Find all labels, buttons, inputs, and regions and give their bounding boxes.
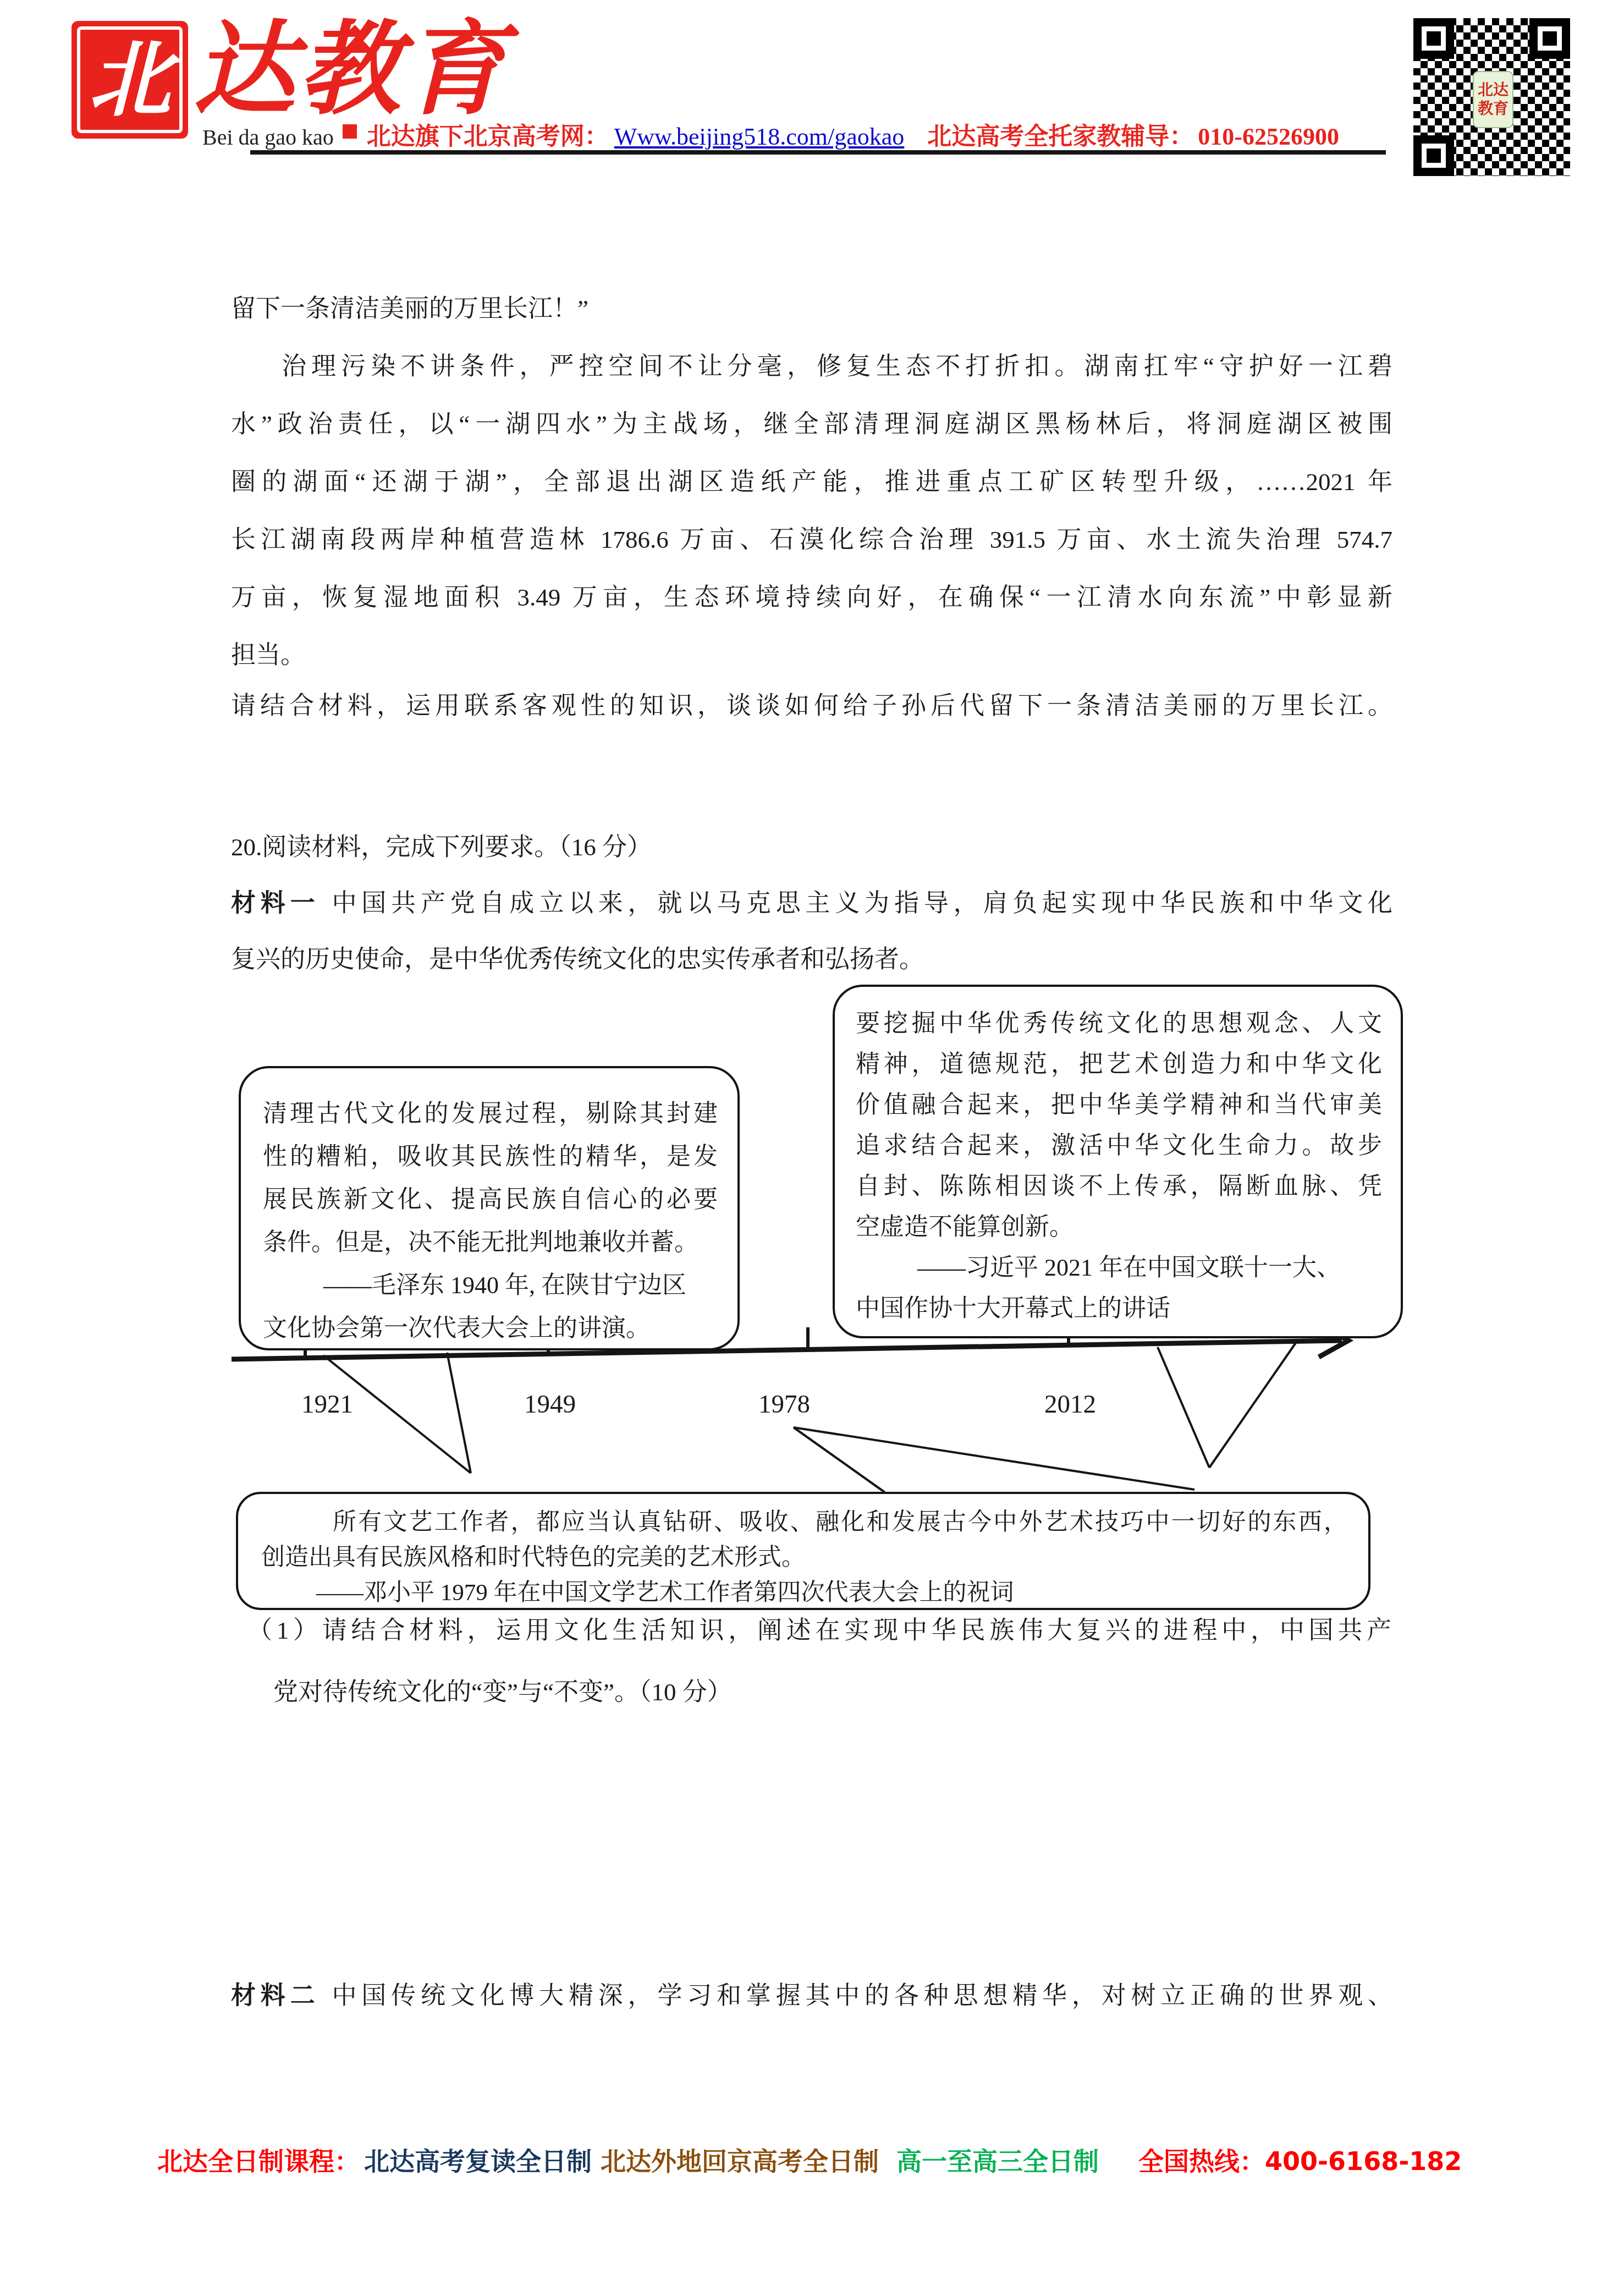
document-page: 北 达教育 Bei da gao kao 北达旗下北京高考网： Www.beij… bbox=[0, 0, 1624, 2274]
year-label-1978: 1978 bbox=[729, 1389, 839, 1419]
material1-text: 中国共产党自成立以来，就以马克思主义为指导，肩负起实现中华民族和中华文化 bbox=[332, 889, 1392, 917]
deng-quote-line: 所有文艺工作者，都应当认真钻研、吸收、融化和发展古今中外艺术技巧中一切好的东西， bbox=[261, 1505, 1347, 1540]
body-line-1: 留下一条清洁美丽的万里长江！” bbox=[231, 293, 1392, 324]
xi-callout-tail bbox=[1158, 1347, 1209, 1468]
material1-line-2: 复兴的历史使命，是中华优秀传统文化的忠实传承者和弘扬者。 bbox=[231, 944, 1392, 975]
qr-label-line: 北达 bbox=[1478, 81, 1509, 100]
xi-quote-line: 追求结合起来，激活中华文化生命力。故步 bbox=[856, 1125, 1382, 1166]
year-label-1949: 1949 bbox=[495, 1389, 605, 1419]
body-line-3: 水”政治责任，以“一湖四水”为主战场，继全部清理洞庭湖区黑杨林后，将洞庭湖区被围 bbox=[231, 409, 1392, 440]
qr-finder-icon bbox=[1529, 18, 1570, 59]
tagline-latin: Bei da gao kao bbox=[202, 124, 334, 150]
footer-item-fudu: 北达高考复读全日制 bbox=[364, 2141, 592, 2178]
year-label-2012: 2012 bbox=[1015, 1389, 1125, 1419]
qr-code: 北达 教育 bbox=[1413, 18, 1570, 176]
header-tagline: Bei da gao kao 北达旗下北京高考网： Www.beijing518… bbox=[202, 117, 1339, 146]
brand-calligraphy: 达教育 bbox=[194, 10, 502, 128]
deng-quote-box: 所有文艺工作者，都应当认真钻研、吸收、融化和发展古今中外艺术技巧中一切好的东西，… bbox=[236, 1492, 1370, 1610]
deng-quote-line: 创造出具有民族风格和时代特色的完美的艺术形式。 bbox=[261, 1540, 1347, 1575]
body-line-5: 长江湖南段两岸种植营造林 1786.6 万亩、石漠化综合治理 391.5 万亩、… bbox=[231, 524, 1392, 555]
header-divider-rule bbox=[250, 150, 1386, 155]
xi-quote-line: 自封、陈陈相因谈不上传承，隔断血脉、凭 bbox=[856, 1166, 1382, 1207]
qr-label-line: 教育 bbox=[1478, 100, 1509, 118]
footer-item-grades: 高一至高三全日制 bbox=[896, 2141, 1099, 2178]
year-label-1921: 1921 bbox=[272, 1389, 382, 1419]
body-line-6: 万亩，恢复湿地面积 3.49 万亩，生态环境持续向好，在确保“一江清水向东流”中… bbox=[231, 582, 1392, 613]
material1-label: 材料一 bbox=[231, 889, 320, 917]
xi-quote-line: 空虚造不能算创新。 bbox=[856, 1207, 1382, 1248]
material1-line-1: 材料一中国共产党自成立以来，就以马克思主义为指导，肩负起实现中华民族和中华文化 bbox=[231, 888, 1392, 919]
mao-quote-box: 清理古代文化的发展过程，剔除其封建 性的糟粕，吸收其民族性的精华，是发 展民族新… bbox=[239, 1066, 740, 1350]
footer-item-huijing: 北达外地回京高考全日制 bbox=[601, 2141, 879, 2178]
mao-quote-line: 清理古代文化的发展过程，剔除其封建 bbox=[263, 1092, 718, 1135]
xi-quote-attribution: 中国作协十大开幕式上的讲话 bbox=[856, 1288, 1382, 1329]
mao-quote-line: 展民族新文化、提高民族自信心的必要 bbox=[263, 1178, 718, 1221]
body-line-2: 治理污染不讲条件，严控空间不让分毫，修复生态不打折扣。湖南扛牢“守护好一江碧 bbox=[231, 351, 1392, 382]
qr-finder-icon bbox=[1413, 18, 1454, 59]
site-link[interactable]: Www.beijing518.com/gaokao bbox=[614, 123, 904, 151]
mao-callout-tail bbox=[447, 1353, 471, 1473]
qr-center-label: 北达 教育 bbox=[1473, 71, 1513, 128]
deng-callout-tail bbox=[794, 1427, 1194, 1490]
qr-finder-icon bbox=[1413, 135, 1454, 176]
mao-quote-line: 性的糟粕，吸收其民族性的精华，是发 bbox=[263, 1135, 718, 1178]
mao-quote-attribution: 文化协会第一次代表大会上的讲演。 bbox=[263, 1307, 718, 1350]
deng-quote-attribution: ——邓小平 1979 年在中国文学艺术工作者第四次代表大会上的祝词 bbox=[261, 1575, 1347, 1611]
material2-text: 中国传统文化博大精深，学习和掌握其中的各种思想精华，对树立正确的世界观、 bbox=[332, 1982, 1392, 2009]
material2-line: 材料二中国传统文化博大精深，学习和掌握其中的各种思想精华，对树立正确的世界观、 bbox=[231, 1980, 1392, 2011]
body-line-7: 担当。 bbox=[231, 640, 1392, 671]
xi-callout-tail bbox=[1209, 1342, 1296, 1468]
question-20-heading: 20.阅读材料，完成下列要求。（16 分） bbox=[231, 832, 1392, 863]
xi-quote-attribution: ——习近平 2021 年在中国文联十一大、 bbox=[856, 1248, 1382, 1288]
sub-question-1-line-2: 党对待传统文化的“变”与“不变”。（10 分） bbox=[273, 1677, 1435, 1707]
logo-seal: 北 bbox=[71, 21, 188, 139]
xi-quote-line: 价值融合起来，把中华美学精神和当代审美 bbox=[856, 1085, 1382, 1125]
footer-item-courses-label: 北达全日制课程： bbox=[157, 2141, 360, 2178]
xi-quote-line: 精神，道德规范，把艺术创造力和中华文化 bbox=[856, 1044, 1382, 1085]
sub-question-1-line-1: （1）请结合材料，运用文化生活知识，阐述在实现中华民族伟大复兴的进程中，中国共产 bbox=[247, 1615, 1391, 1646]
footer: 北达全日制课程： 北达高考复读全日制 北达外地回京高考全日制 高一至高三全日制 … bbox=[157, 2141, 1462, 2178]
mao-quote-attribution: ——毛泽东 1940 年, 在陕甘宁边区 bbox=[263, 1264, 718, 1307]
tutor-phone: 010-62526900 bbox=[1198, 123, 1339, 151]
red-square-bullet-icon bbox=[343, 124, 357, 139]
xi-quote-box: 要挖掘中华优秀传统文化的思想观念、人文 精神，道德规范，把艺术创造力和中华文化 … bbox=[833, 985, 1403, 1338]
footer-item-hotline: 全国热线：400-6168-182 bbox=[1138, 2141, 1462, 2178]
tutor-label: 北达高考全托家教辅导： bbox=[927, 117, 1193, 152]
body-line-4: 圈的湖面“还湖于湖”，全部退出湖区造纸产能，推进重点工矿区转型升级，……2021… bbox=[231, 466, 1392, 497]
logo-seal-char: 北 bbox=[89, 39, 171, 121]
site-label: 北达旗下北京高考网： bbox=[367, 117, 609, 152]
material2-label: 材料二 bbox=[231, 1982, 320, 2009]
deng-callout-tail bbox=[794, 1427, 885, 1492]
body-line-8: 请结合材料，运用联系客观性的知识，谈谈如何给子孙后代留下一条清洁美丽的万里长江。 bbox=[231, 690, 1392, 721]
xi-quote-line: 要挖掘中华优秀传统文化的思想观念、人文 bbox=[856, 1003, 1382, 1044]
mao-quote-line: 条件。但是，决不能无批判地兼收并蓄。 bbox=[263, 1221, 718, 1264]
logo-seal-frame: 北 bbox=[77, 26, 183, 133]
